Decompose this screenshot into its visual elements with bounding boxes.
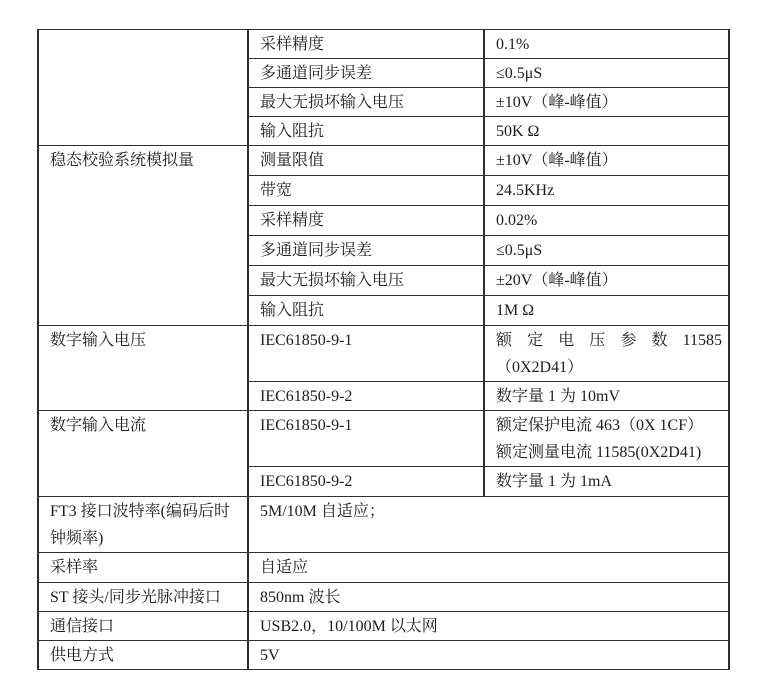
cell-value: ±10V（峰-峰值） [484, 88, 729, 117]
cell-parameter: 最大无损坏输入电压 [248, 88, 484, 117]
table-row: 数字输入电流 IEC61850-9-1 额定保护电流 463（0X 1CF） 额… [38, 411, 729, 467]
table-row: 采样率 自适应 [38, 553, 729, 583]
cell-value: 850nm 波长 [248, 583, 729, 612]
cell-parameter: IEC61850-9-2 [248, 467, 484, 497]
cell-parameter: 采样精度 [248, 206, 484, 236]
cell-category: 通信接口 [38, 612, 248, 641]
cell-value: 50K Ω [484, 117, 729, 146]
cell-parameter: IEC61850-9-2 [248, 382, 484, 411]
cell-value: USB2.0，10/100M 以太网 [248, 612, 729, 641]
cell-value: 0.02% [484, 206, 729, 236]
cell-value: 5V [248, 641, 729, 670]
cell-category: 数字输入电压 [38, 326, 248, 411]
cell-parameter: 多通道同步误差 [248, 59, 484, 88]
cell-value: ≤0.5μS [484, 236, 729, 266]
cell-value: 数字量 1 为 1mA [484, 467, 729, 497]
cell-category: ST 接头/同步光脉冲接口 [38, 583, 248, 612]
table-row: 采样精度 0.1% [38, 30, 729, 59]
table-row: 数字输入电压 IEC61850-9-1 额 定 电 压 参 数 11585 （0… [38, 326, 729, 382]
cell-value: ≤0.5μS [484, 59, 729, 88]
cell-value: 自适应 [248, 553, 729, 583]
value-line-2: 额定测量电流 11585(0X2D41) [496, 439, 722, 466]
cell-parameter: 采样精度 [248, 30, 484, 59]
cell-parameter: 最大无损坏输入电压 [248, 266, 484, 296]
spec-table: 采样精度 0.1% 多通道同步误差 ≤0.5μS 最大无损坏输入电压 ±10V（… [37, 29, 730, 670]
table-row: 供电方式 5V [38, 641, 729, 670]
table-row: ST 接头/同步光脉冲接口 850nm 波长 [38, 583, 729, 612]
cell-category-empty [38, 30, 248, 146]
cell-value: 1M Ω [484, 296, 729, 326]
cell-category: FT3 接口波特率(编码后时钟频率) [38, 497, 248, 553]
cell-parameter: IEC61850-9-1 [248, 326, 484, 382]
document-page: 采样精度 0.1% 多通道同步误差 ≤0.5μS 最大无损坏输入电压 ±10V（… [0, 0, 760, 681]
cell-parameter: 带宽 [248, 176, 484, 206]
cell-value: ±10V（峰-峰值） [484, 146, 729, 176]
cell-value: ±20V（峰-峰值） [484, 266, 729, 296]
value-line-1: 额定保护电流 463（0X 1CF） [496, 412, 722, 439]
cell-value: 24.5KHz [484, 176, 729, 206]
cell-category: 数字输入电流 [38, 411, 248, 497]
table-row: 通信接口 USB2.0，10/100M 以太网 [38, 612, 729, 641]
cell-value: 5M/10M 自适应； [248, 497, 729, 553]
cell-value: 数字量 1 为 10mV [484, 382, 729, 411]
table-row: 稳态校验系统模拟量 测量限值 ±10V（峰-峰值） [38, 146, 729, 176]
cell-value: 额定保护电流 463（0X 1CF） 额定测量电流 11585(0X2D41) [484, 411, 729, 467]
cell-value: 额 定 电 压 参 数 11585 （0X2D41） [484, 326, 729, 382]
cell-category: 稳态校验系统模拟量 [38, 146, 248, 326]
value-line-1: 额 定 电 压 参 数 11585 [496, 327, 722, 354]
cell-parameter: 测量限值 [248, 146, 484, 176]
cell-category: 采样率 [38, 553, 248, 583]
table-row: FT3 接口波特率(编码后时钟频率) 5M/10M 自适应； [38, 497, 729, 553]
cell-parameter: 多通道同步误差 [248, 236, 484, 266]
cell-parameter: 输入阻抗 [248, 117, 484, 146]
cell-category: 供电方式 [38, 641, 248, 670]
cell-parameter: 输入阻抗 [248, 296, 484, 326]
value-line-2: （0X2D41） [496, 354, 722, 381]
cell-parameter: IEC61850-9-1 [248, 411, 484, 467]
cell-value: 0.1% [484, 30, 729, 59]
